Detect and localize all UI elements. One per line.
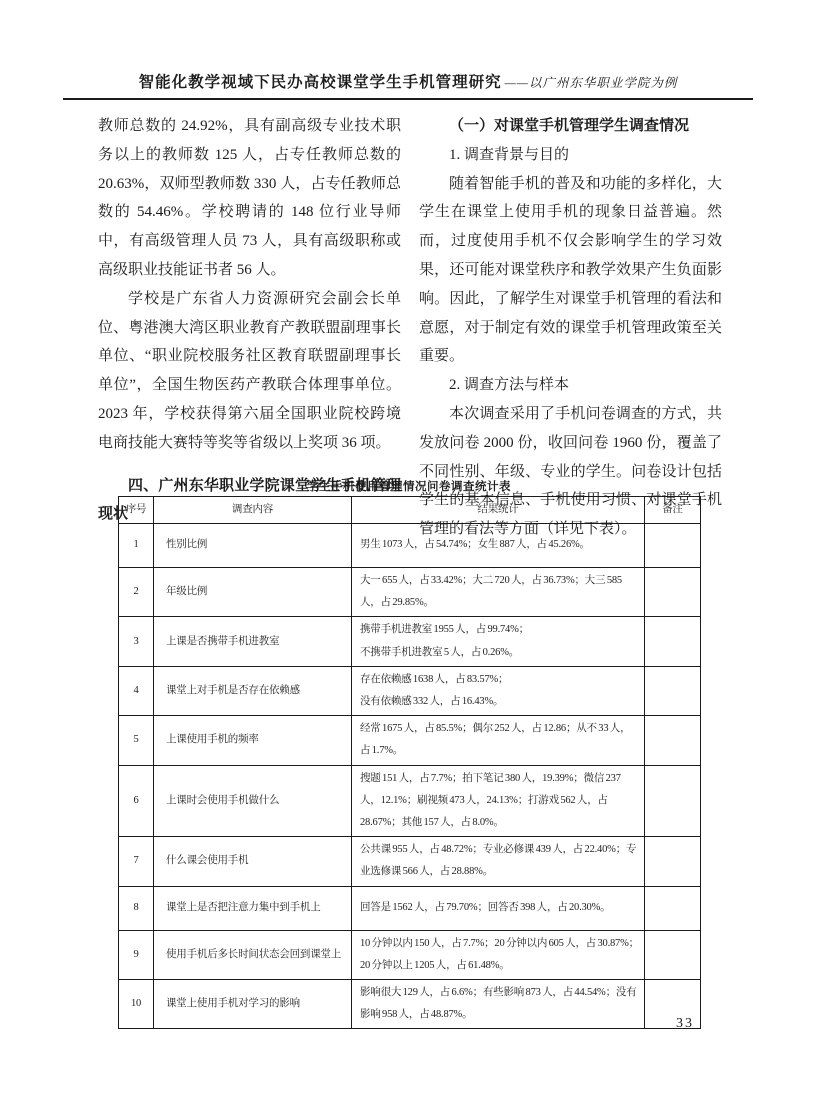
- cell-note: [645, 617, 701, 666]
- cell-note: [645, 568, 701, 617]
- numbered-heading: 2. 调查方法与样本: [419, 371, 722, 400]
- cell-number: 6: [119, 765, 154, 837]
- result-line: 20 分钟以上 1205 人，占 61.48%。: [360, 955, 640, 977]
- table-row: 4课堂上对手机是否存在依赖感存在依赖感 1638 人，占 83.57%；没有依赖…: [119, 666, 701, 715]
- cell-result-stats: 公共课 955 人，占 48.72%；专业必修课 439 人，占 22.40%；…: [352, 837, 645, 886]
- cell-note: [645, 930, 701, 979]
- table-row: 9使用手机后多长时间状态会回到课堂上10 分钟以内 150 人，占 7.7%；2…: [119, 930, 701, 979]
- cell-result-stats: 存在依赖感 1638 人，占 83.57%；没有依赖感 332 人，占 16.4…: [352, 666, 645, 715]
- table-row: 10课堂上使用手机对学习的影响影响很大 129 人，占 6.6%；有些影响 87…: [119, 980, 701, 1029]
- cell-note: [645, 837, 701, 886]
- cell-result-stats: 携带手机进教室 1955 人，占 99.74%；不携带手机进教室 5 人，占 0…: [352, 617, 645, 666]
- cell-survey-item: 课堂上是否把注意力集中到手机上: [154, 886, 352, 930]
- table-row: 2年级比例大一 655 人，占 33.42%；大二 720 人，占 36.73%…: [119, 568, 701, 617]
- result-line: 10 分钟以内 150 人，占 7.7%；20 分钟以内 605 人，占 30.…: [360, 933, 640, 955]
- paper-title: 智能化教学视域下民办高校课堂学生手机管理研究: [139, 74, 502, 91]
- result-line: 没有依赖感 332 人，占 16.43%。: [360, 691, 640, 713]
- column-header: 序号: [119, 497, 154, 524]
- cell-survey-item: 上课使用手机的频率: [154, 716, 352, 765]
- cell-number: 4: [119, 666, 154, 715]
- cell-number: 3: [119, 617, 154, 666]
- table-header-row: 序号调查内容结果统计备注: [119, 497, 701, 524]
- cell-survey-item: 年级比例: [154, 568, 352, 617]
- cell-result-stats: 搜题 151 人，占 7.7%；拍下笔记 380 人，19.39%；微信 237…: [352, 765, 645, 837]
- result-line: 公共课 955 人，占 48.72%；专业必修课 439 人，占 22.40%；…: [360, 839, 640, 883]
- column-header: 调查内容: [154, 497, 352, 524]
- cell-number: 9: [119, 930, 154, 979]
- column-header: 备注: [645, 497, 701, 524]
- body-paragraph: 学校是广东省人力资源研究会副会长单位、粤港澳大湾区职业教育产教联盟副理事长单位、…: [98, 285, 401, 458]
- survey-table-wrap: 序号调查内容结果统计备注 1性别比例男生 1073 人，占 54.74%；女生 …: [118, 496, 700, 1029]
- body-paragraph: 随着智能手机的普及和功能的多样化，大学生在课堂上使用手机的现象日益普遍。然而，过…: [419, 170, 722, 372]
- paper-subtitle: ——以广州东华职业学院为例: [505, 76, 678, 90]
- cell-result-stats: 大一 655 人，占 33.42%；大二 720 人，占 36.73%；大三 5…: [352, 568, 645, 617]
- table-row: 1性别比例男生 1073 人，占 54.74%；女生 887 人，占 45.26…: [119, 524, 701, 568]
- cell-number: 7: [119, 837, 154, 886]
- result-line: 存在依赖感 1638 人，占 83.57%；: [360, 669, 640, 691]
- cell-result-stats: 10 分钟以内 150 人，占 7.7%；20 分钟以内 605 人，占 30.…: [352, 930, 645, 979]
- column-header: 结果统计: [352, 497, 645, 524]
- cell-note: [645, 716, 701, 765]
- cell-survey-item: 什么课会使用手机: [154, 837, 352, 886]
- cell-number: 1: [119, 524, 154, 568]
- result-line: 影响很大 129 人，占 6.6%；有些影响 873 人，占 44.54%；没有…: [360, 982, 640, 1026]
- table-caption: 学生手机使用管理情况问卷调查统计表: [118, 478, 700, 494]
- result-line: 经常 1675 人，占 85.5%；偶尔 252 人，占 12.86；从不 33…: [360, 718, 640, 762]
- cell-result-stats: 经常 1675 人，占 85.5%；偶尔 252 人，占 12.86；从不 33…: [352, 716, 645, 765]
- cell-note: [645, 524, 701, 568]
- cell-survey-item: 性别比例: [154, 524, 352, 568]
- cell-number: 2: [119, 568, 154, 617]
- cell-survey-item: 课堂上对手机是否存在依赖感: [154, 666, 352, 715]
- result-line: 大一 655 人，占 33.42%；大二 720 人，占 36.73%；大三 5…: [360, 570, 640, 614]
- result-line: 携带手机进教室 1955 人，占 99.74%；: [360, 619, 640, 641]
- table-row: 5上课使用手机的频率经常 1675 人，占 85.5%；偶尔 252 人，占 1…: [119, 716, 701, 765]
- cell-note: [645, 886, 701, 930]
- subsection-heading: （一）对课堂手机管理学生调查情况: [419, 112, 722, 141]
- cell-survey-item: 上课是否携带手机进教室: [154, 617, 352, 666]
- table-row: 7什么课会使用手机公共课 955 人，占 48.72%；专业必修课 439 人，…: [119, 837, 701, 886]
- cell-number: 8: [119, 886, 154, 930]
- cell-result-stats: 男生 1073 人，占 54.74%；女生 887 人，占 45.26%。: [352, 524, 645, 568]
- cell-number: 10: [119, 980, 154, 1029]
- table-row: 6上课时会使用手机做什么搜题 151 人，占 7.7%；拍下笔记 380 人，1…: [119, 765, 701, 837]
- cell-survey-item: 上课时会使用手机做什么: [154, 765, 352, 837]
- result-line: 搜题 151 人，占 7.7%；拍下笔记 380 人，19.39%；微信 237…: [360, 768, 640, 835]
- survey-table: 序号调查内容结果统计备注 1性别比例男生 1073 人，占 54.74%；女生 …: [118, 496, 701, 1029]
- header-rule: [63, 98, 753, 100]
- cell-note: [645, 666, 701, 715]
- cell-number: 5: [119, 716, 154, 765]
- numbered-heading: 1. 调查背景与目的: [419, 141, 722, 170]
- result-line: 回答是 1562 人，占 79.70%；回答否 398 人，占 20.30%。: [360, 897, 640, 919]
- page-number: 33: [676, 1016, 694, 1032]
- cell-result-stats: 影响很大 129 人，占 6.6%；有些影响 873 人，占 44.54%；没有…: [352, 980, 645, 1029]
- body-paragraph: 教师总数的 24.92%，具有副高级专业技术职务以上的教师数 125 人，占专任…: [98, 112, 401, 285]
- cell-survey-item: 使用手机后多长时间状态会回到课堂上: [154, 930, 352, 979]
- cell-note: [645, 765, 701, 837]
- cell-survey-item: 课堂上使用手机对学习的影响: [154, 980, 352, 1029]
- page-header: 智能化教学视域下民办高校课堂学生手机管理研究——以广州东华职业学院为例: [0, 70, 816, 92]
- result-line: 不携带手机进教室 5 人，占 0.26%。: [360, 642, 640, 664]
- result-line: 男生 1073 人，占 54.74%；女生 887 人，占 45.26%。: [360, 534, 640, 556]
- table-row: 3上课是否携带手机进教室携带手机进教室 1955 人，占 99.74%；不携带手…: [119, 617, 701, 666]
- cell-result-stats: 回答是 1562 人，占 79.70%；回答否 398 人，占 20.30%。: [352, 886, 645, 930]
- table-body: 1性别比例男生 1073 人，占 54.74%；女生 887 人，占 45.26…: [119, 524, 701, 1029]
- table-row: 8课堂上是否把注意力集中到手机上回答是 1562 人，占 79.70%；回答否 …: [119, 886, 701, 930]
